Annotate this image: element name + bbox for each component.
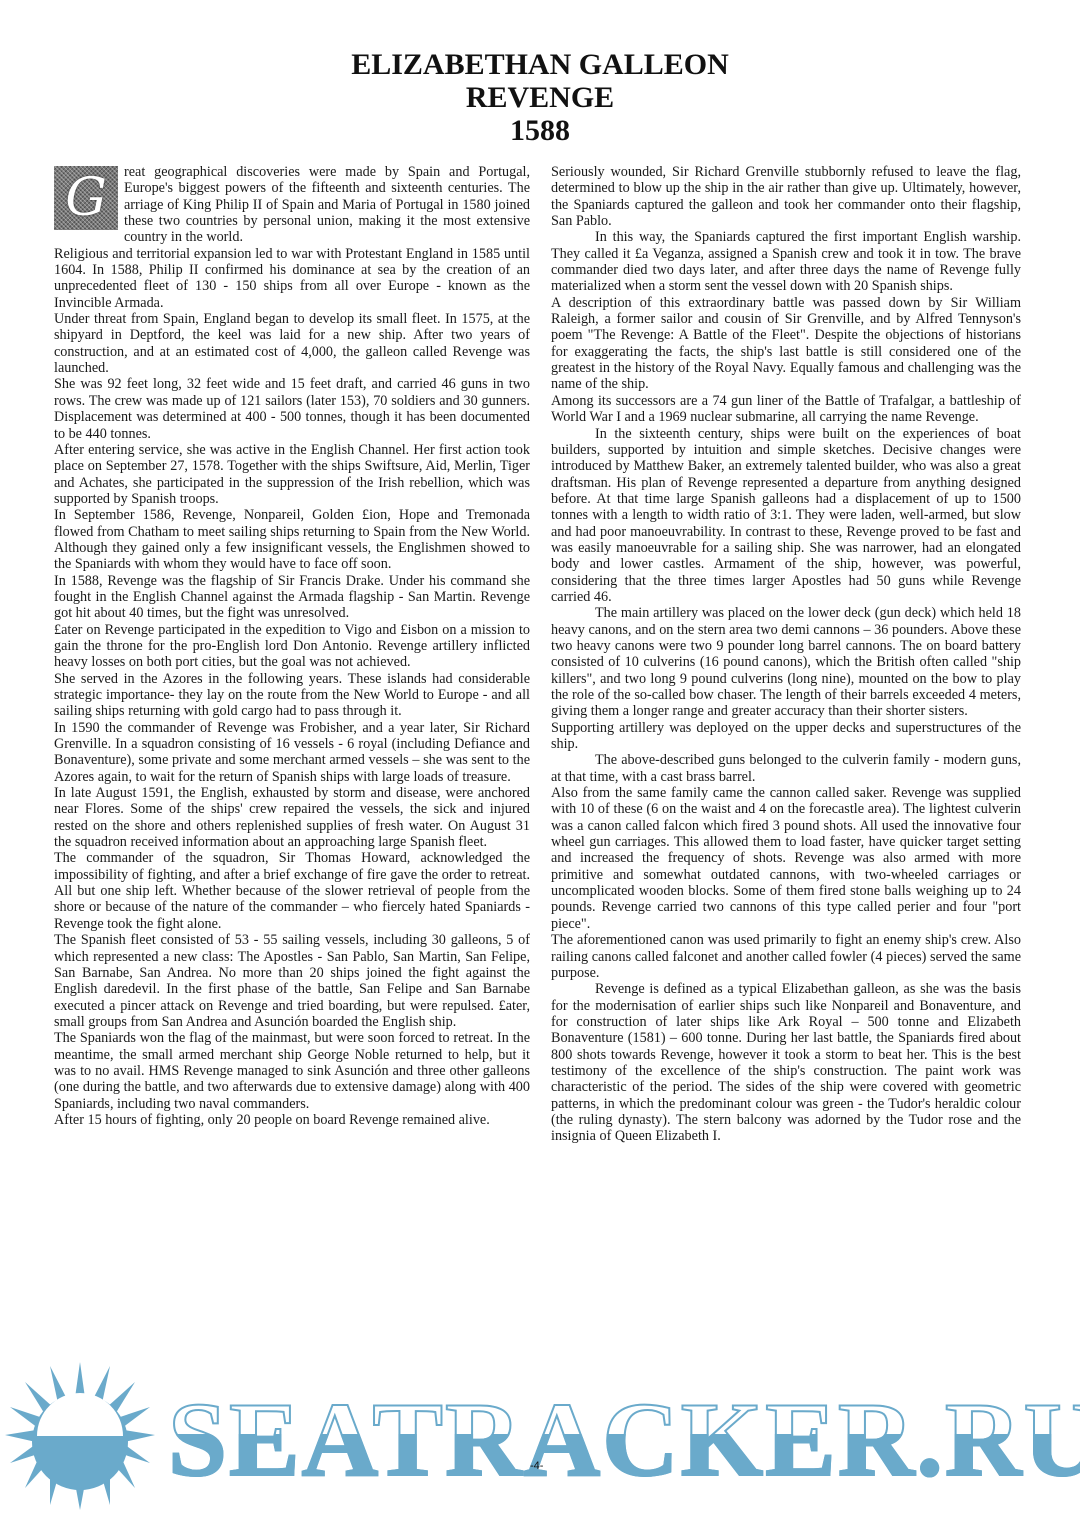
paragraph: She was 92 feet long, 32 feet wide and 1… <box>54 376 530 441</box>
sun-logo-icon <box>0 1360 160 1515</box>
paragraph: Seriously wounded, Sir Richard Grenville… <box>551 164 1021 229</box>
title-line-3: 1588 <box>0 114 1080 147</box>
paragraph: In late August 1591, the English, exhaus… <box>54 785 530 850</box>
paragraph: Supporting artillery was deployed on the… <box>551 720 1021 753</box>
paragraph: A description of this extraordinary batt… <box>551 295 1021 393</box>
paragraph: In September 1586, Revenge, Nonpareil, G… <box>54 507 530 572</box>
paragraph: In the sixteenth century, ships were bui… <box>551 426 1021 606</box>
paragraph: The above-described guns belonged to the… <box>551 752 1021 785</box>
paragraph: Revenge is defined as a typical Elizabet… <box>551 981 1021 1144</box>
paragraph: Among its successors are a 74 gun liner … <box>551 393 1021 426</box>
paragraph-text: reat geographical discoveries were made … <box>124 164 530 245</box>
seatracker-watermark: SEATRACKER.RU <box>0 1360 1080 1515</box>
paragraph: In 1590 the commander of Revenge was Fro… <box>54 720 530 785</box>
page-number: -4- <box>530 1460 543 1472</box>
paragraph: The aforementioned canon was used primar… <box>551 932 1021 981</box>
page-title: ELIZABETHAN GALLEON REVENGE 1588 <box>0 48 1080 147</box>
paragraph: In 1588, Revenge was the flagship of Sir… <box>54 573 530 622</box>
title-line-1: ELIZABETHAN GALLEON <box>0 48 1080 81</box>
paragraph: Under threat from Spain, England began t… <box>54 311 530 376</box>
paragraph: She served in the Azores in the followin… <box>54 671 530 720</box>
paragraph: The commander of the squadron, Sir Thoma… <box>54 850 530 932</box>
paragraph: Religious and territorial expansion led … <box>54 246 530 311</box>
paragraph: In this way, the Spaniards captured the … <box>551 229 1021 294</box>
paragraph: After entering service, she was active i… <box>54 442 530 507</box>
title-line-2: REVENGE <box>0 81 1080 114</box>
paragraph: Also from the same family came the canno… <box>551 785 1021 932</box>
paragraph: £ater on Revenge participated in the exp… <box>54 622 530 671</box>
watermark-text: SEATRACKER.RU <box>168 1390 1080 1490</box>
paragraph: Great geographical discoveries were made… <box>54 164 530 246</box>
left-column: Great geographical discoveries were made… <box>54 164 530 1128</box>
paragraph: The Spanish fleet consisted of 53 - 55 s… <box>54 932 530 1030</box>
paragraph: The Spaniards won the flag of the mainma… <box>54 1030 530 1112</box>
paragraph: The main artillery was placed on the low… <box>551 605 1021 719</box>
paragraph: After 15 hours of fighting, only 20 peop… <box>54 1112 530 1128</box>
right-column: Seriously wounded, Sir Richard Grenville… <box>551 164 1021 1145</box>
dropcap-letter: G <box>54 166 118 230</box>
